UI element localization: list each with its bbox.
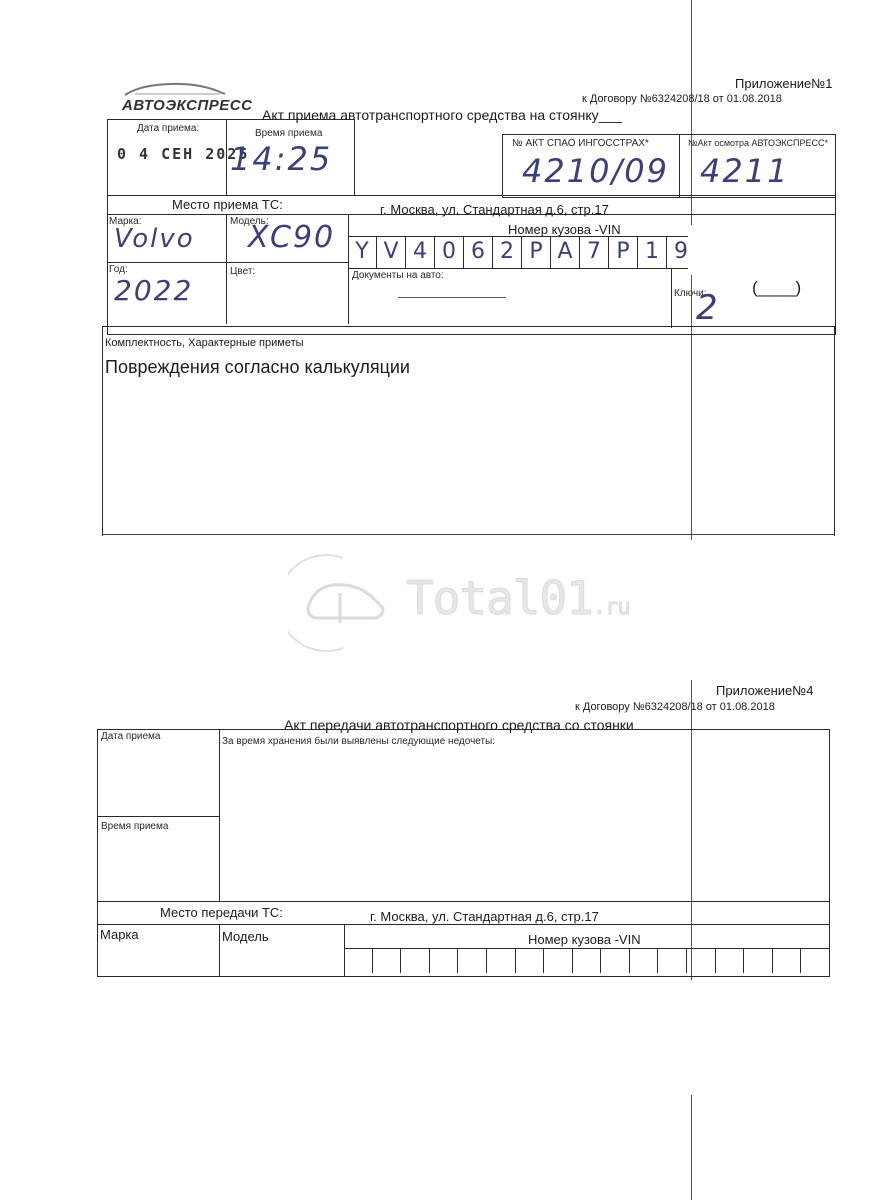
divider [97, 816, 219, 817]
divider [97, 924, 830, 925]
time-value: 14:25 [230, 140, 332, 178]
release-vin-boxes [344, 949, 830, 975]
place-label: Место приема ТС: [172, 197, 283, 212]
divider [671, 268, 672, 328]
vin-char-cell: 1 [638, 236, 667, 268]
docs-label: Документы на авто: [352, 270, 444, 281]
release-place-value: г. Москва, ул. Стандартная д.6, стр.17 [370, 909, 599, 924]
vin-empty-cell [773, 949, 802, 973]
vin-empty-cell [601, 949, 630, 973]
make-value: Volvo [114, 224, 195, 254]
vin-empty-cell [744, 949, 773, 973]
vin-char-cell: 6 [464, 236, 493, 268]
defects-label: За время хранения были выявлены следующи… [222, 736, 495, 747]
divider [107, 262, 348, 263]
logo-text: АВТОЭКСПРЕСС [122, 97, 252, 114]
vin-empty-cell [516, 949, 545, 973]
equipment-value: Повреждения согласно калькуляции [105, 357, 410, 378]
divider [226, 214, 227, 324]
vin-char-cell: V [377, 236, 406, 268]
release-block [97, 729, 830, 977]
divider [97, 901, 830, 902]
vin-empty-cell [658, 949, 687, 973]
vin-char-cell: 2 [493, 236, 522, 268]
vin-empty-cell [430, 949, 459, 973]
keys-extra: (____) [752, 278, 801, 298]
date-label: Дата приема: [137, 123, 199, 134]
vin-empty-cell [801, 949, 830, 973]
contract-ref-1: к Договору №6324208/18 от 01.08.2018 [582, 93, 782, 105]
release-time-label: Время приема [101, 821, 168, 832]
vin-boxes: YV4062PA7P19 [348, 236, 688, 268]
fold-line-bottom [691, 1095, 692, 1200]
contract-ref-4: к Договору №6324208/18 от 01.08.2018 [575, 701, 775, 713]
appendix-4: Приложение№4 [716, 683, 813, 698]
time-label: Время приема [255, 128, 322, 139]
vin-empty-cell [573, 949, 602, 973]
vin-char-cell: P [609, 236, 638, 268]
vin-empty-cell [458, 949, 487, 973]
watermark-suffix: .ru [593, 595, 630, 620]
divider [219, 924, 220, 977]
vin-char-cell: Y [348, 236, 377, 268]
model-value: XC90 [248, 220, 335, 255]
vin-empty-cell [344, 949, 373, 973]
year-value: 2022 [114, 274, 193, 307]
act-ingos-value: 4210/09 [522, 152, 669, 190]
vin-empty-cell [687, 949, 716, 973]
act-avto-label: №Акт осмотра АВТОЭКСПРЕСС* [688, 138, 828, 148]
vin-empty-cell [373, 949, 402, 973]
divider [219, 729, 220, 901]
divider [107, 214, 836, 215]
release-model-label: Модель [222, 929, 269, 944]
watermark-text: Total01 [406, 571, 593, 625]
act-avto-value: 4211 [700, 152, 789, 190]
vin-empty-cell [487, 949, 516, 973]
vin-empty-cell [544, 949, 573, 973]
release-place-label: Место передачи ТС: [160, 905, 283, 920]
vin-char-cell: P [522, 236, 551, 268]
color-label: Цвет: [230, 266, 255, 277]
equipment-label: Комплектность, Характерные приметы [105, 337, 304, 349]
vin-empty-cell [716, 949, 745, 973]
vin-char-cell: 7 [580, 236, 609, 268]
release-date-label: Дата приема [101, 731, 160, 742]
docs-dash [398, 297, 506, 298]
keys-value: 2 [696, 288, 720, 328]
vin-label: Номер кузова -VIN [508, 222, 621, 237]
vin-empty-cell [630, 949, 659, 973]
act-ingos-label: № АКТ СПАО ИНГОССТРАХ* [512, 138, 649, 149]
watermark-car-icon [288, 553, 398, 653]
release-vin-label: Номер кузова -VIN [528, 932, 641, 947]
vin-empty-cell [401, 949, 430, 973]
release-make-label: Марка [100, 927, 139, 942]
vin-char-cell: A [551, 236, 580, 268]
vin-char-cell: 0 [435, 236, 464, 268]
logo-car-icon [120, 82, 230, 96]
appendix-1: Приложение№1 [735, 76, 832, 91]
watermark: Total01.ru [288, 553, 588, 653]
redacted-area [688, 225, 828, 275]
divider [102, 534, 835, 535]
vin-char-cell: 4 [406, 236, 435, 268]
